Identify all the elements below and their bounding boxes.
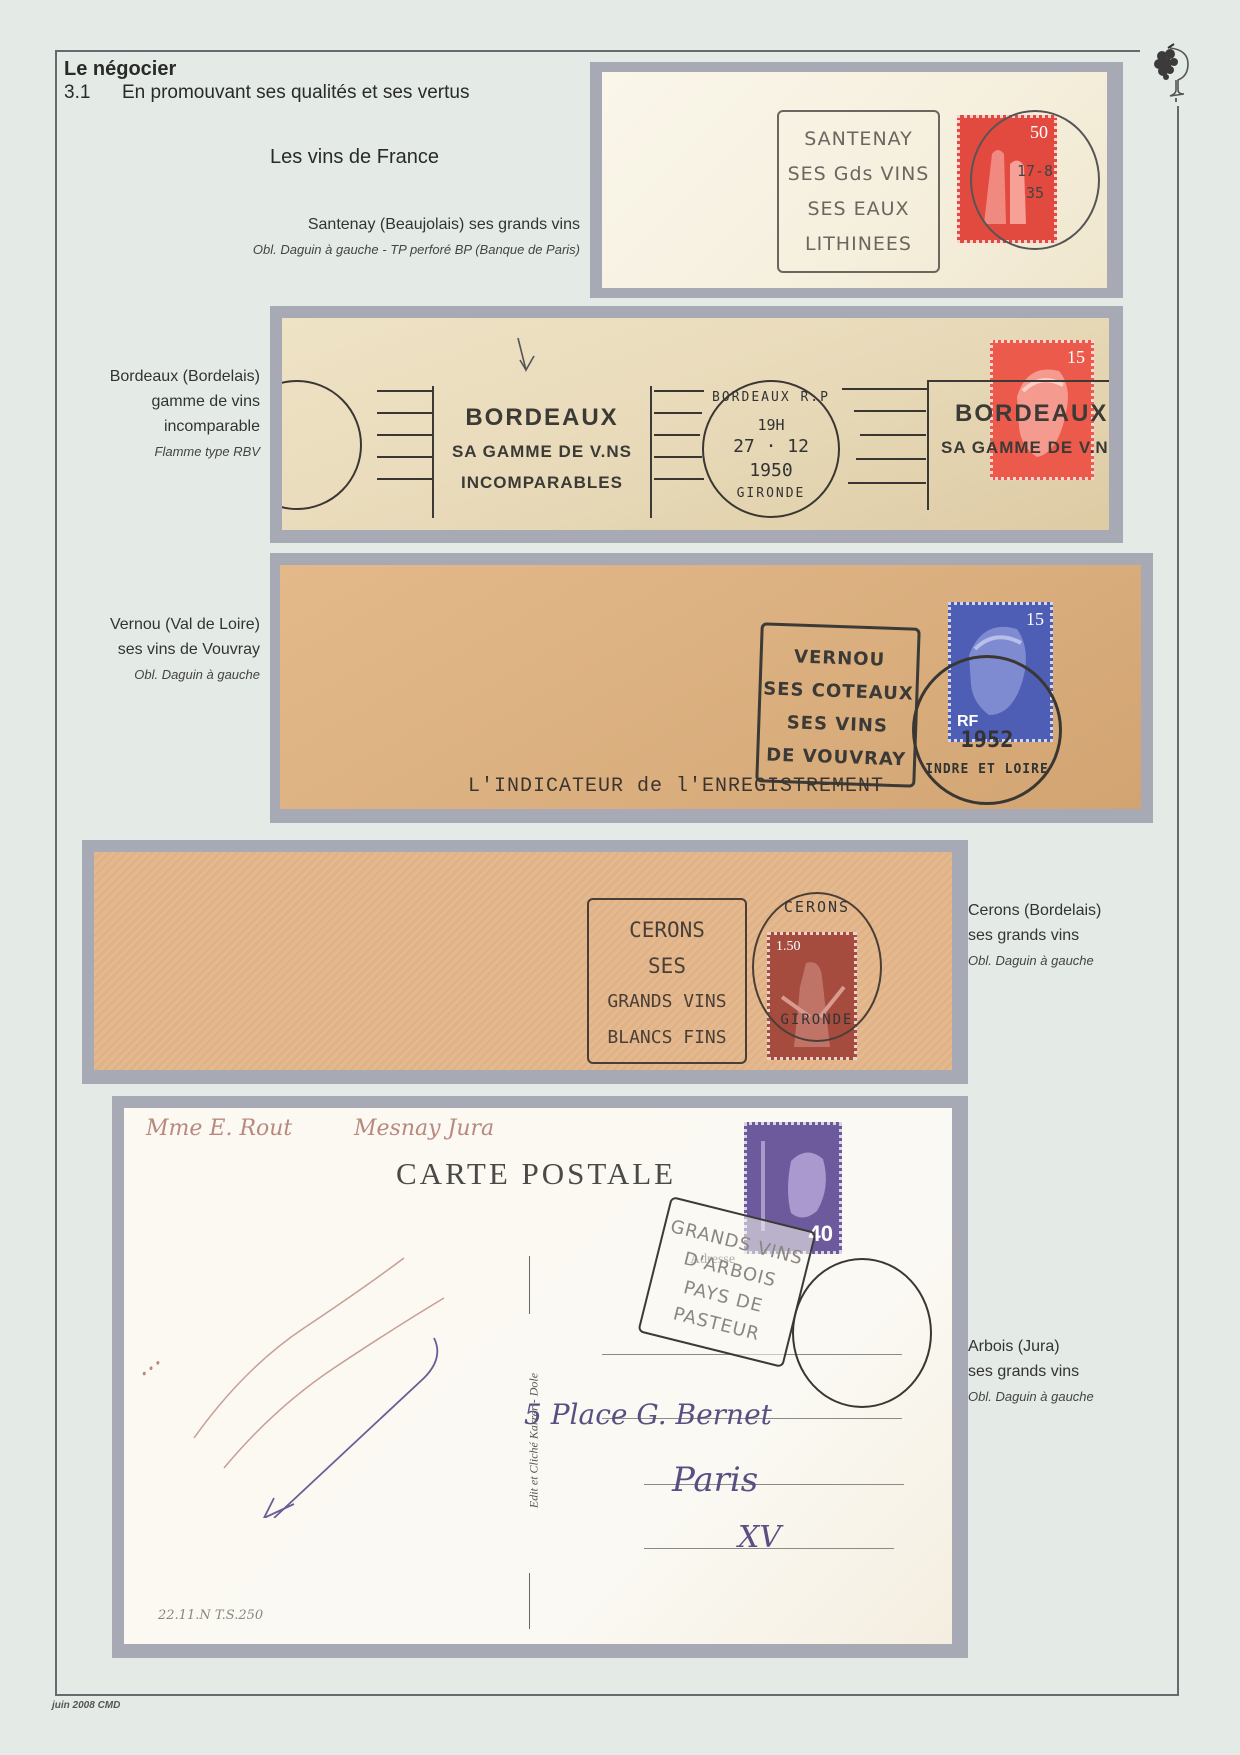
daguin-postmark: SANTENAY SES Gds VINS SES EAUX LITHINEES	[777, 110, 940, 273]
flame-line	[842, 388, 927, 390]
postmark-line: INCOMPARABLES	[434, 468, 650, 498]
caption-vernou: Vernou (Val de Loire) ses vins de Vouvra…	[60, 612, 260, 687]
flame-line	[654, 456, 702, 458]
cds-postmark	[792, 1258, 932, 1408]
postmark-line: GRANDS VINS	[589, 984, 745, 1020]
cover-santenay: SANTENAY SES Gds VINS SES EAUX LITHINEES…	[602, 72, 1107, 288]
flame-line	[654, 434, 700, 436]
postmark-line: VERNOU	[762, 639, 917, 677]
flame-line	[377, 456, 432, 458]
caption-line: ses grands vins	[968, 923, 1168, 948]
postmark-line: SES	[589, 948, 745, 984]
wine-glass-grapes-icon	[1148, 40, 1196, 102]
cds-year: 1952	[915, 728, 1059, 753]
caption-line: Arbois (Jura)	[968, 1334, 1168, 1359]
postmark-line: SANTENAY	[779, 122, 938, 157]
flame-line	[854, 410, 926, 412]
handwriting-place: Mesnay Jura	[354, 1116, 494, 1141]
cds-postmark: CERONS GIRONDE	[752, 892, 882, 1042]
cover-mount-santenay: SANTENAY SES Gds VINS SES EAUX LITHINEES…	[590, 62, 1123, 298]
caption-note: Obl. Daguin à gauche	[968, 1384, 1168, 1409]
caption-line: Santenay (Beaujolais) ses grands vins	[150, 212, 580, 237]
flame-line	[848, 482, 926, 484]
cover-mount-cerons: CERONS SES GRANDS VINS BLANCS FINS 1.50 …	[82, 840, 968, 1084]
card-publisher: Edit et Cliché Karrer - Dole	[527, 1326, 542, 1556]
cds-date: 27 · 12	[704, 436, 838, 457]
handwriting-sender: Mme E. Rout	[146, 1116, 292, 1141]
footer-credit: juin 2008 CMD	[52, 1700, 120, 1711]
postmark-line: SA GAMME DE V.NS	[941, 432, 1109, 464]
section-title: En promouvant ses qualités et ses vertus	[122, 82, 469, 103]
caption-note: Obl. Daguin à gauche	[968, 948, 1168, 973]
flame-line	[377, 478, 432, 480]
caption-line: ses grands vins	[968, 1359, 1168, 1384]
flame-postmark: BORDEAUX SA GAMME DE V.NS INCOMPARABLES	[432, 386, 652, 518]
handwriting-scribbles	[184, 1218, 484, 1518]
caption-santenay: Santenay (Beaujolais) ses grands vins Ob…	[150, 212, 580, 262]
cover-cerons: CERONS SES GRANDS VINS BLANCS FINS 1.50 …	[94, 852, 952, 1070]
section-heading: 3.1En promouvant ses qualités et ses ver…	[64, 82, 469, 104]
cds-postmark: 17-8 35	[970, 110, 1100, 250]
flame-postmark-repeat: BORDEAUX SA GAMME DE V.NS	[927, 380, 1109, 510]
flame-line	[860, 434, 926, 436]
cds-ring-text: BORDEAUX R.P	[704, 390, 838, 405]
card-publisher-wrap: Edit et Cliché Karrer - Dole	[529, 1323, 530, 1563]
caption-line: incomparable	[60, 414, 260, 439]
subheading: Les vins de France	[270, 146, 439, 169]
caption-line: gamme de vins	[60, 389, 260, 414]
postmark-line: SES VINS	[760, 705, 915, 743]
postmark-line: SES COTEAUX	[761, 672, 916, 710]
cds-ring-text: CERONS	[754, 898, 880, 916]
cover-mount-vernou: VERNOU SES COTEAUX SES VINS DE VOUVRAY 1…	[270, 553, 1153, 823]
cds-year: 35	[972, 184, 1098, 202]
cds-postmark: 1952 INDRE ET LOIRE	[912, 655, 1062, 805]
postmark-line: SA GAMME DE V.NS	[434, 436, 650, 468]
handwriting-code: 22.11.N T.S.250	[158, 1608, 263, 1623]
caption-note: Obl. Daguin à gauche	[60, 662, 260, 687]
cds-year: 1950	[704, 460, 838, 481]
postmark-line: SES Gds VINS	[779, 157, 938, 192]
flame-line	[856, 458, 926, 460]
postmark-line: LITHINEES	[779, 227, 938, 262]
postmark-line: DE VOUVRAY	[759, 738, 914, 776]
cds-postmark-partial	[282, 380, 362, 510]
handwriting-message: …	[128, 1343, 167, 1383]
handwriting-address: 5 Place G. Bernet	[524, 1398, 772, 1431]
postmark-line: BORDEAUX	[955, 396, 1109, 432]
caption-line: Cerons (Bordelais)	[968, 898, 1168, 923]
cover-mount-bordeaux: BORDEAUX SA GAMME DE V.NS INCOMPARABLES …	[270, 306, 1123, 543]
card-title: CARTE POSTALE	[396, 1156, 676, 1192]
postcard-arbois: CARTE POSTALE Adresse Edit et Cliché Kar…	[124, 1108, 952, 1644]
cds-bottom-text: GIRONDE	[754, 1012, 880, 1028]
caption-note: Flamme type RBV	[60, 439, 260, 464]
postmark-line: SES EAUX	[779, 192, 938, 227]
flame-line	[654, 412, 702, 414]
section-number: 3.1	[64, 82, 122, 104]
cds-time: 19H	[704, 416, 838, 434]
postmark-line: BORDEAUX	[434, 400, 650, 436]
flame-line	[377, 434, 432, 436]
cds-bottom-text: GIRONDE	[704, 486, 838, 501]
arrow-down-icon	[514, 336, 538, 376]
daguin-postmark: CERONS SES GRANDS VINS BLANCS FINS	[587, 898, 747, 1064]
page-title: Le négocier	[64, 58, 176, 81]
cds-postmark: BORDEAUX R.P 19H 27 · 12 1950 GIRONDE	[702, 380, 840, 518]
caption-note: Obl. Daguin à gauche - TP perforé BP (Ba…	[150, 237, 580, 262]
postmark-line: CERONS	[589, 912, 745, 948]
caption-line: Vernou (Val de Loire)	[60, 612, 260, 637]
handwriting-city: Paris	[672, 1460, 758, 1500]
caption-arbois: Arbois (Jura) ses grands vins Obl. Dagui…	[968, 1334, 1168, 1409]
cds-bottom-text: INDRE ET LOIRE	[915, 762, 1059, 777]
caption-line: ses vins de Vouvray	[60, 637, 260, 662]
typed-address-line: L'INDICATEUR de l'ENREGISTREMENT	[468, 775, 884, 798]
postmark-line: BLANCS FINS	[589, 1020, 745, 1056]
card-mount-arbois: CARTE POSTALE Adresse Edit et Cliché Kar…	[112, 1096, 968, 1658]
flame-line	[377, 390, 432, 392]
cds-date: 17-8	[972, 162, 1098, 180]
daguin-postmark: VERNOU SES COTEAUX SES VINS DE VOUVRAY	[755, 622, 920, 787]
card-divider	[529, 1256, 530, 1314]
caption-cerons: Cerons (Bordelais) ses grands vins Obl. …	[968, 898, 1168, 973]
handwriting-district: XV	[738, 1520, 781, 1555]
flame-line	[377, 412, 432, 414]
cover-bordeaux: BORDEAUX SA GAMME DE V.NS INCOMPARABLES …	[282, 318, 1109, 530]
cover-vernou: VERNOU SES COTEAUX SES VINS DE VOUVRAY 1…	[280, 565, 1141, 809]
card-divider	[529, 1573, 530, 1629]
flame-line	[654, 478, 704, 480]
flame-line	[654, 390, 704, 392]
caption-bordeaux: Bordeaux (Bordelais) gamme de vins incom…	[60, 364, 260, 464]
caption-line: Bordeaux (Bordelais)	[60, 364, 260, 389]
